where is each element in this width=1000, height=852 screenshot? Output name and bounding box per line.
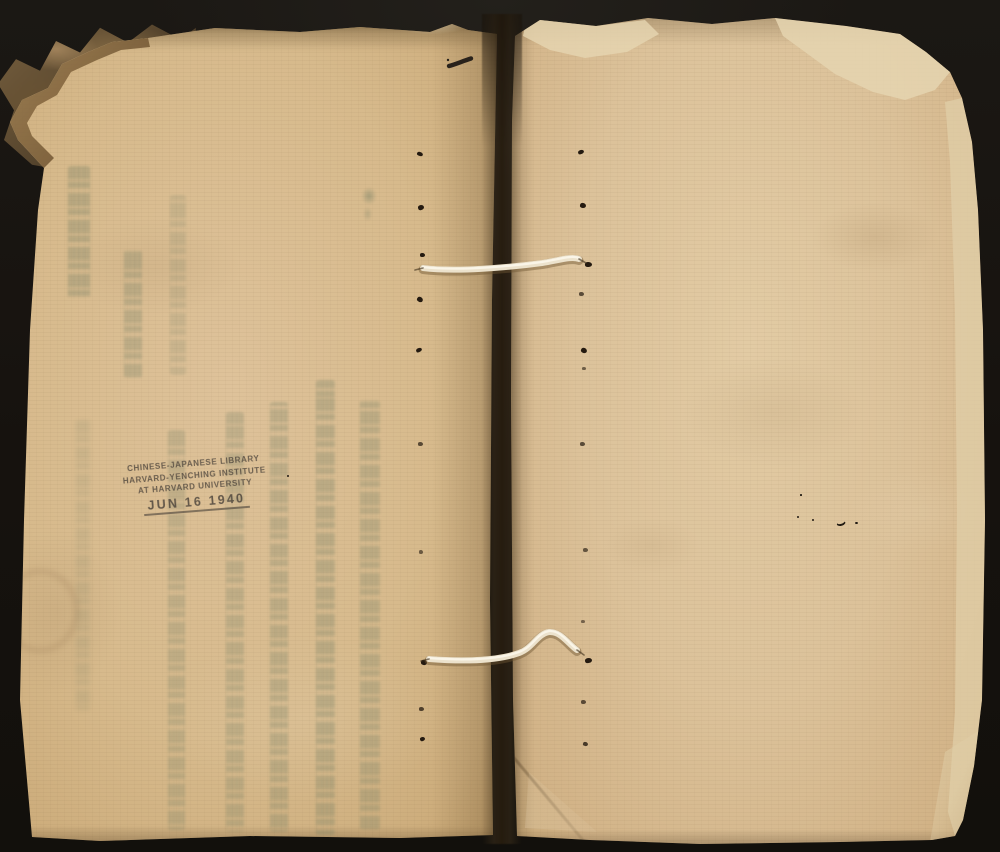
ring-stain [0, 568, 80, 654]
stitch-hole [580, 203, 587, 209]
stitch-hole [583, 548, 588, 552]
gutter-shadow [482, 14, 522, 844]
stitch-hole [419, 736, 425, 741]
book-scan-photo: CHINESE-JAPANESE LIBRARY HARVARD-YENCHIN… [0, 0, 1000, 852]
ink-speck [812, 519, 814, 521]
stitch-hole [585, 262, 592, 267]
ink-speck [855, 522, 858, 524]
stitch-hole [417, 204, 424, 210]
peeled-paper-patch [519, 14, 679, 66]
ink-speck [797, 516, 799, 518]
stitch-hole [583, 741, 589, 746]
corner-light [523, 768, 603, 834]
ghost-column [124, 250, 142, 378]
ghost-column [170, 195, 186, 375]
ghost-column [76, 420, 90, 710]
fore-edge-underlayer [941, 82, 987, 842]
stitch-hole [419, 550, 423, 554]
ghost-column [316, 380, 335, 835]
ghost-character-yong [356, 182, 382, 222]
stitch-hole [577, 149, 584, 155]
stitch-hole [581, 700, 586, 704]
stitch-hole [579, 292, 584, 296]
library-stamp: CHINESE-JAPANESE LIBRARY HARVARD-YENCHIN… [100, 451, 290, 519]
left-page-weathered-top-edge [8, 20, 500, 50]
stitch-hole [420, 659, 427, 665]
pencil-mark [444, 50, 478, 72]
ink-speck [834, 515, 847, 527]
stitch-hole [418, 442, 423, 446]
stitch-hole [420, 253, 425, 257]
stitch-hole [581, 620, 585, 623]
stitch-hole [415, 347, 422, 353]
right-page [505, 12, 992, 846]
stitch-hole [416, 151, 423, 157]
ghost-column [68, 166, 90, 298]
stitch-hole [580, 347, 588, 354]
stitch-hole [419, 707, 424, 711]
ink-speck [287, 475, 289, 477]
stitch-hole [585, 657, 593, 663]
stitch-hole [580, 442, 585, 446]
stitch-hole [582, 367, 586, 370]
left-page: CHINESE-JAPANESE LIBRARY HARVARD-YENCHIN… [8, 20, 500, 842]
peeled-paper-patch [763, 14, 958, 109]
stitch-hole [416, 296, 424, 303]
ghost-column [360, 400, 380, 830]
ink-speck [800, 494, 802, 496]
